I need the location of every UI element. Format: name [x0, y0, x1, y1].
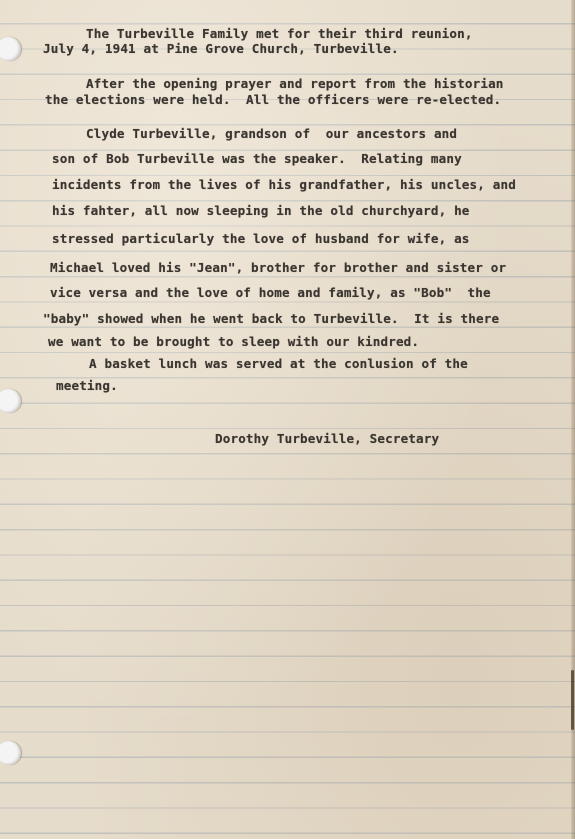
paragraph-4-line-2: meeting. — [56, 378, 118, 393]
signature: Dorothy Turbeville, Secretary — [215, 431, 439, 446]
binder-hole-bottom-icon — [0, 741, 21, 765]
paragraph-1-line-1: The Turbeville Family met for their thir… — [86, 26, 506, 41]
paragraph-1-line-2: July 4, 1941 at Pine Grove Church, Turbe… — [43, 41, 399, 56]
paragraph-3-line-7: vice versa and the love of home and fami… — [50, 285, 491, 300]
binder-hole-top-icon — [0, 37, 21, 61]
paper-edge-mark — [571, 670, 574, 730]
paragraph-3-line-1: Clyde Turbeville, grandson of our ancest… — [86, 126, 457, 141]
paragraph-3-line-5: stressed particularly the love of husban… — [52, 231, 470, 246]
paragraph-3-line-4: his fahter, all now sleeping in the old … — [52, 203, 470, 218]
paragraph-2-line-1: After the opening prayer and report from… — [86, 76, 504, 91]
typed-letter-page: The Turbeville Family met for their thir… — [0, 0, 575, 839]
paragraph-3-line-9: we want to be brought to sleep with our … — [48, 334, 419, 349]
paragraph-3-line-6: Michael loved his "Jean", brother for br… — [50, 260, 506, 275]
binder-hole-middle-icon — [0, 389, 21, 413]
paragraph-3-line-8: "baby" showed when he went back to Turbe… — [43, 311, 499, 326]
paragraph-3-line-2: son of Bob Turbeville was the speaker. R… — [52, 151, 462, 166]
paragraph-4-line-1: A basket lunch was served at the conlusi… — [89, 356, 468, 371]
paragraph-2-line-2: the elections were held. All the officer… — [45, 92, 501, 107]
paragraph-3-line-3: incidents from the lives of his grandfat… — [52, 177, 516, 192]
